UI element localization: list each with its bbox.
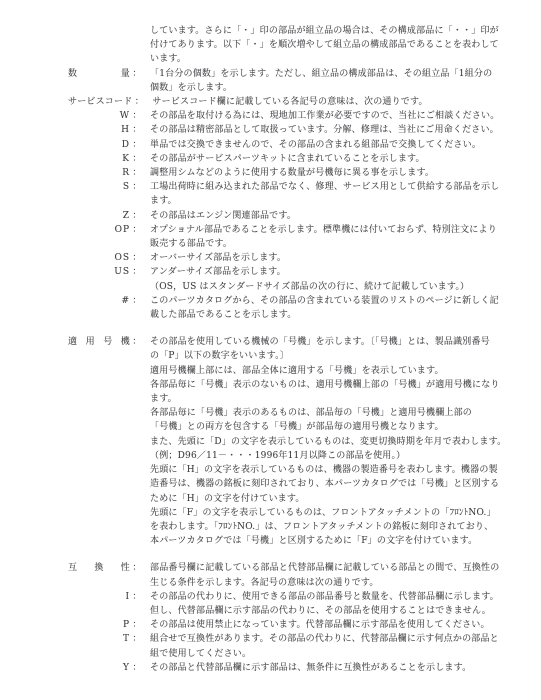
- text-row: ます。: [0, 392, 541, 406]
- text-line: 生じる条件を示します。各記号の意味は次の通りです。: [150, 576, 379, 590]
- text-row: います。: [0, 52, 541, 66]
- section-row: 互換性：部品番号欄に記載している部品と代替部品欄に記載している部品との間で、互換…: [0, 561, 541, 575]
- item-code: R: [68, 166, 130, 180]
- text-row: ために「H」の文字を付けています。: [0, 492, 541, 506]
- text-line: 「号機」との両方を包含する「号機」が部品毎の適用号機となります。: [150, 420, 444, 434]
- text-line: います。: [150, 52, 186, 66]
- section-label: 数量: [68, 67, 130, 81]
- section-label: サービスコード: [68, 95, 132, 109]
- colon-separator: ：: [130, 632, 144, 646]
- code-row: K：その部品がサービスパーツキットに含まれていることを示します。: [0, 152, 541, 166]
- code-row: #：このパーツカタログから、その部品の含まれている装置のリストのページに新しく記: [0, 294, 541, 308]
- text-line: ます。: [150, 194, 177, 208]
- text-line: その部品は精密部品として取扱っています。分解、修理は、当社にご用命ください。: [150, 123, 499, 137]
- text-line: 「1台分の個数」を示します。ただし、組立品の構成部品は、その組立品「1組分の: [150, 67, 492, 81]
- text-line: その部品の代わりに、使用できる部品の部品番号と数量を、代替部品欄に示します。: [150, 590, 499, 604]
- text-line: アンダーサイズ部品を示します。: [150, 265, 286, 279]
- section-row: 適用号機：その部品を使用している機械の「号機」を示します。〔「号機」とは、製品識…: [0, 335, 541, 349]
- text-line: オプショナル部品であることを示します。標準機には付いておらず、特別注文により: [150, 223, 497, 237]
- text-line: （OS，US はスタンダードサイズ部品の次の行に、続けて記載しています。）: [150, 280, 469, 294]
- text-line: 調整用シムなどのように使用する数量が号機毎に異る事を示します。: [150, 166, 434, 180]
- text-line: このパーツカタログから、その部品の含まれている装置のリストのページに新しく記: [150, 294, 499, 308]
- code-row: US：アンダーサイズ部品を示します。: [0, 265, 541, 279]
- code-row: S：工場出荷時に組み込まれた部品でなく、修理、サービス用として供給する部品を示し: [0, 180, 541, 194]
- text-line: ために「H」の文字を付けています。: [150, 492, 305, 506]
- code-row: H：その部品は精密部品として取扱っています。分解、修理は、当社にご用命ください。: [0, 123, 541, 137]
- text-row: 付けてあります。以下「・」を順次増やして組立品の構成部品であることを表わして: [0, 38, 541, 52]
- item-code: I: [68, 590, 130, 604]
- colon-separator: ：: [130, 561, 144, 575]
- item-code: D: [68, 138, 130, 152]
- text-line: その部品はエンジン関連部品です。: [150, 209, 296, 223]
- item-code: OP: [68, 223, 130, 237]
- colon-separator: ：: [130, 152, 144, 166]
- colon-separator: ：: [130, 251, 144, 265]
- colon-separator: ：: [130, 590, 144, 604]
- text-line: サービスコード欄に記載している各記号の意味は、次の通りです。: [152, 95, 427, 109]
- code-row: R：調整用シムなどのように使用する数量が号機毎に異る事を示します。: [0, 166, 541, 180]
- colon-separator: ：: [130, 166, 144, 180]
- item-code: K: [68, 152, 130, 166]
- code-row: T：組合せで互換性があります。その部品の代わりに、代替部品欄に示す何点かの部品と: [0, 632, 541, 646]
- text-row: 載した部品であることを示します。: [0, 308, 541, 322]
- colon-separator: ：: [130, 209, 144, 223]
- text-line: 先頭に「F」の文字を表示しているものは、フロントアタッチメントの「ﾌﾛﾝﾄNO.…: [150, 506, 496, 520]
- code-row: Y：その部品と代替部品欄に示す部品は、無条件に互換性があることを示します。: [0, 661, 541, 675]
- text-line: オーバーサイズ部品を示します。: [150, 251, 286, 265]
- text-line: 先頭に「H」の文字を表示しているものは、機器の製造番号を表わします。機器の製: [150, 463, 498, 477]
- text-row: 個数」を示します。: [0, 81, 541, 95]
- text-line: 本パーツカタログでは「号機」と区別するために「F」の文字を付けています。: [150, 534, 477, 548]
- code-row: W：その部品を取付ける為には、現地加工作業が必要ですので、当社にご相談ください。: [0, 109, 541, 123]
- text-row: しています。さらに「・」印の部品が組立品の場合は、その構成部品に「・・」印が: [0, 24, 541, 38]
- item-code: T: [68, 632, 130, 646]
- text-line: 付けてあります。以下「・」を順次増やして組立品の構成部品であることを表わして: [150, 38, 499, 52]
- text-line: その部品がサービスパーツキットに含まれていることを示します。: [150, 152, 425, 166]
- text-line: しています。さらに「・」印の部品が組立品の場合は、その構成部品に「・・」印が: [150, 24, 499, 38]
- colon-separator: ：: [130, 180, 144, 194]
- section-row: サービスコード：サービスコード欄に記載している各記号の意味は、次の通りです。: [0, 95, 541, 109]
- text-line: 各部品毎に「号機」表示のないものは、適用号機欄上部の「号機」が適用号機になり: [150, 378, 500, 392]
- text-row: 適用号機欄上部には、部品全体に適用する「号機」を表示しています。: [0, 364, 541, 378]
- text-line: 組合せで互換性があります。その部品の代わりに、代替部品欄に示す何点かの部品と: [150, 632, 499, 646]
- item-code: #: [68, 294, 130, 308]
- text-line: 造番号は、機器の銘板に刻印されており、本パーツカタログでは「号機」と区別する: [150, 477, 499, 491]
- text-line: 販売する部品です。: [150, 237, 232, 251]
- text-line: 適用号機欄上部には、部品全体に適用する「号機」を表示しています。: [150, 364, 444, 378]
- item-code: US: [68, 265, 130, 279]
- text-row: 各部品毎に「号機」表示のあるものは、部品毎の「号機」と適用号機欄上部の: [0, 406, 541, 420]
- colon-separator: ：: [130, 265, 144, 279]
- text-line: 部品番号欄に記載している部品と代替部品欄に記載している部品との間で、互換性の: [150, 561, 499, 575]
- item-code: H: [68, 123, 130, 137]
- code-row: P：その部品は使用禁止になっています。代替部品欄に示す部品を使用してください。: [0, 618, 541, 632]
- code-row: D：単品では交換できませんので、その部品の含まれる組部品で交換してください。: [0, 138, 541, 152]
- text-line: その部品を使用している機械の「号機」を示します。〔「号機」とは、製品識別番号: [150, 335, 490, 349]
- colon-separator: ：: [130, 67, 144, 81]
- colon-separator: ：: [130, 294, 144, 308]
- text-line: その部品は使用禁止になっています。代替部品欄に示す部品を使用してください。: [150, 618, 490, 632]
- text-row: 生じる条件を示します。各記号の意味は次の通りです。: [0, 576, 541, 590]
- text-line: を表わします。「ﾌﾛﾝﾄNO.」は、フロントアタッチメントの銘板に刻印されており…: [150, 520, 493, 534]
- colon-separator: ：: [130, 335, 144, 349]
- text-row: 販売する部品です。: [0, 237, 541, 251]
- text-line: また、先頭に「D」の文字を表示しているものは、変更切換時期を年月で表わします。: [150, 435, 506, 449]
- text-row: 先頭に「F」の文字を表示しているものは、フロントアタッチメントの「ﾌﾛﾝﾄNO.…: [0, 506, 541, 520]
- text-line: 但し、代替部品欄に示す部品の代わりに、その部品を使用することはできません。: [150, 604, 491, 618]
- colon-separator: ：: [132, 95, 146, 109]
- colon-separator: ：: [130, 618, 144, 632]
- item-code: S: [68, 180, 130, 194]
- text-line: の「P」以下の数字をいいます。〕: [150, 349, 289, 363]
- text-line: 個数」を示します。: [150, 81, 232, 95]
- item-code: W: [68, 109, 130, 123]
- text-line: 載した部品であることを示します。: [150, 308, 296, 322]
- text-row: 但し、代替部品欄に示す部品の代わりに、その部品を使用することはできません。: [0, 604, 541, 618]
- text-line: 工場出荷時に組み込まれた部品でなく、修理、サービス用として供給する部品を示し: [150, 180, 499, 194]
- item-code: OS: [68, 251, 130, 265]
- item-code: Y: [68, 661, 130, 675]
- text-row: 各部品毎に「号機」表示のないものは、適用号機欄上部の「号機」が適用号機になり: [0, 378, 541, 392]
- document-body: しています。さらに「・」印の部品が組立品の場合は、その構成部品に「・・」印が付け…: [0, 24, 541, 675]
- text-row: 「号機」との両方を包含する「号機」が部品毎の適用号機となります。: [0, 420, 541, 434]
- text-line: （例；D96／11－・・・1996年11月以降この部品を使用。）: [150, 449, 405, 463]
- text-line: その部品と代替部品欄に示す部品は、無条件に互換性があることを示します。: [150, 661, 471, 675]
- section-label: 適用号機: [68, 335, 130, 349]
- text-line: 組で使用してください。: [150, 647, 251, 661]
- colon-separator: ：: [130, 109, 144, 123]
- text-row: また、先頭に「D」の文字を表示しているものは、変更切換時期を年月で表わします。: [0, 435, 541, 449]
- colon-separator: ：: [130, 138, 144, 152]
- item-code: P: [68, 618, 130, 632]
- section-label: 互換性: [68, 561, 130, 575]
- text-row: の「P」以下の数字をいいます。〕: [0, 349, 541, 363]
- colon-separator: ：: [130, 223, 144, 237]
- text-line: ます。: [150, 392, 177, 406]
- text-row: （例；D96／11－・・・1996年11月以降この部品を使用。）: [0, 449, 541, 463]
- section-row: 数量：「1台分の個数」を示します。ただし、組立品の構成部品は、その組立品「1組分…: [0, 67, 541, 81]
- text-row: 先頭に「H」の文字を表示しているものは、機器の製造番号を表わします。機器の製: [0, 463, 541, 477]
- item-code: Z: [68, 209, 130, 223]
- text-line: 単品では交換できませんので、その部品の含まれる組部品で交換してください。: [150, 138, 481, 152]
- colon-separator: ：: [130, 123, 144, 137]
- code-row: Z：その部品はエンジン関連部品です。: [0, 209, 541, 223]
- text-row: 本パーツカタログでは「号機」と区別するために「F」の文字を付けています。: [0, 534, 541, 548]
- code-row: OS：オーバーサイズ部品を示します。: [0, 251, 541, 265]
- code-row: I：その部品の代わりに、使用できる部品の部品番号と数量を、代替部品欄に示します。: [0, 590, 541, 604]
- text-row: 造番号は、機器の銘板に刻印されており、本パーツカタログでは「号機」と区別する: [0, 477, 541, 491]
- text-row: を表わします。「ﾌﾛﾝﾄNO.」は、フロントアタッチメントの銘板に刻印されており…: [0, 520, 541, 534]
- text-line: その部品を取付ける為には、現地加工作業が必要ですので、当社にご相談ください。: [150, 109, 499, 123]
- document-page: しています。さらに「・」印の部品が組立品の場合は、その構成部品に「・・」印が付け…: [0, 0, 541, 700]
- text-row: ます。: [0, 194, 541, 208]
- colon-separator: ：: [130, 661, 144, 675]
- text-row: 組で使用してください。: [0, 647, 541, 661]
- text-row: （OS，US はスタンダードサイズ部品の次の行に、続けて記載しています。）: [0, 280, 541, 294]
- text-line: 各部品毎に「号機」表示のあるものは、部品毎の「号機」と適用号機欄上部の: [150, 406, 472, 420]
- code-row: OP：オプショナル部品であることを示します。標準機には付いておらず、特別注文によ…: [0, 223, 541, 237]
